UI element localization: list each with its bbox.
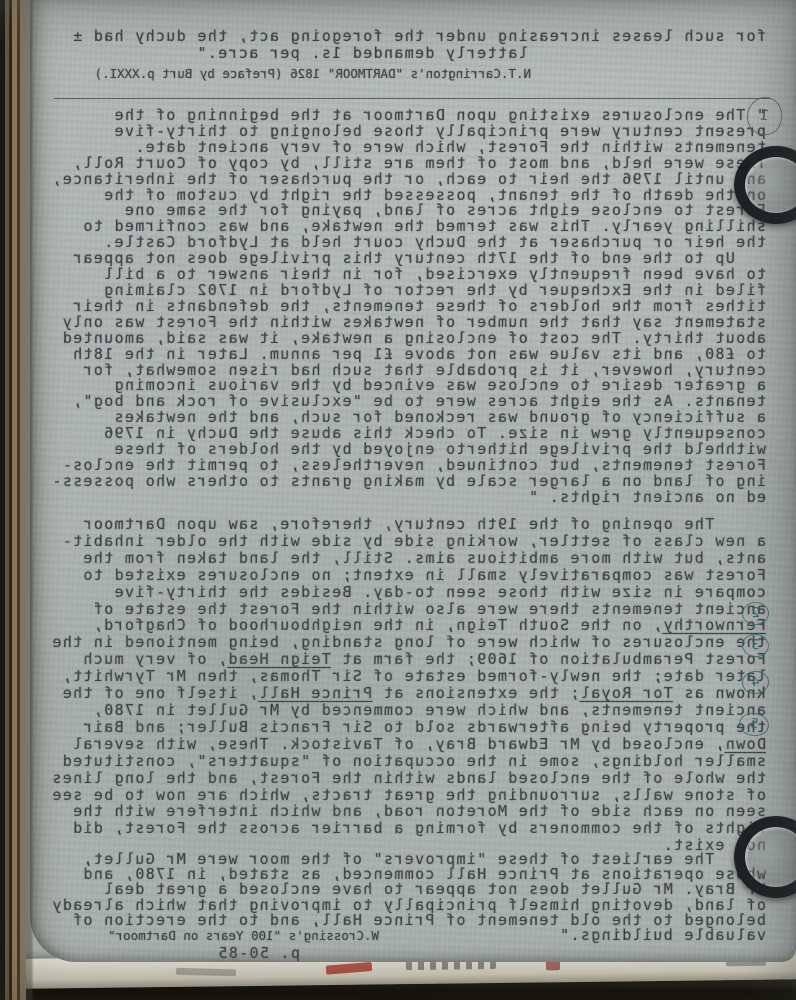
- margin-annotations: 2345: [24, 24, 784, 954]
- margin-annotation-circle: 3: [741, 633, 770, 658]
- album-photo-scene: for such leases increasing under the for…: [0, 0, 796, 1000]
- page-stack-edge: [0, 0, 34, 1000]
- margin-annotation-circle: 5: [738, 711, 771, 738]
- margin-annotation-circle: 2: [741, 601, 770, 626]
- mirrored-page-content: for such leases increasing under the for…: [24, 24, 784, 954]
- margin-annotation-circle: 4: [741, 670, 770, 695]
- under-sheet-red-mark: [326, 962, 373, 975]
- typewritten-page: for such leases increasing under the for…: [30, 0, 796, 962]
- under-sheet-ink-mark: [176, 968, 236, 976]
